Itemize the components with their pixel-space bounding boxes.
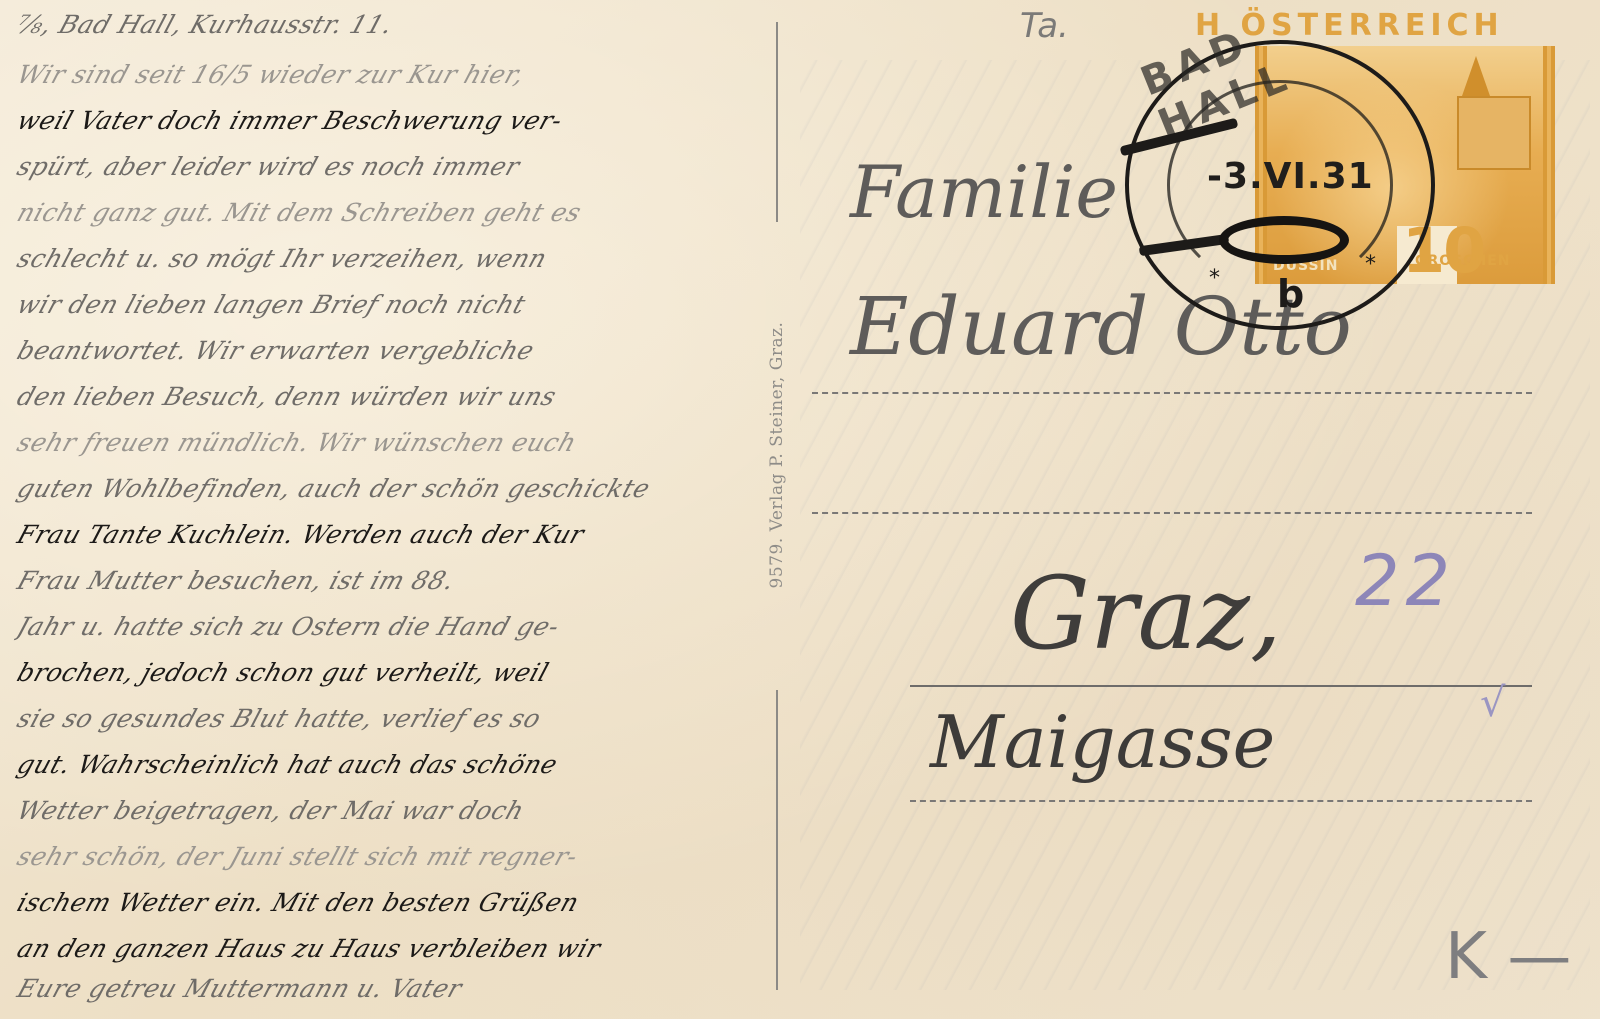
postmark-letter: b <box>1277 272 1304 316</box>
postcard: ⅞, Bad Hall, Kurhausstr. 11. Wir sind se… <box>0 0 1600 1019</box>
message-line: Jahr u. hatte sich zu Ostern die Hand ge… <box>10 612 793 652</box>
message-line: an den ganzen Haus zu Haus verbleiben wi… <box>10 934 793 974</box>
stamp-tower-icon <box>1462 56 1490 96</box>
message-line: wir den lieben langen Brief noch nicht <box>10 290 793 330</box>
pencil-note-top: Ta. <box>1020 6 1069 46</box>
message-line: nicht ganz gut. Mit dem Schreiben geht e… <box>10 198 793 238</box>
message-line: Wir sind seit 16/5 wieder zur Kur hier, <box>10 60 793 100</box>
pencil-note-tick: √ <box>1480 680 1506 726</box>
star-icon: * <box>1365 252 1376 277</box>
message-line: weil Vater doch immer Beschwerung ver- <box>10 106 793 146</box>
message-line: sehr freuen mündlich. Wir wünschen euch <box>10 428 793 468</box>
pencil-note-number: 22 <box>1355 540 1456 622</box>
publisher-imprint: 9579. Verlag P. Steiner, Graz. <box>767 322 787 589</box>
message-heading: ⅞, Bad Hall, Kurhausstr. 11. <box>10 10 793 50</box>
message-line: den lieben Besuch, denn würden wir uns <box>10 382 793 422</box>
address-line-3 <box>910 685 1532 687</box>
divider-line-top <box>776 22 778 222</box>
message-line: Frau Mutter besuchen, ist im 88. <box>10 566 793 606</box>
message-line: beantwortet. Wir erwarten vergebliche <box>10 336 793 376</box>
postmark-oval-icon <box>1219 216 1349 264</box>
star-icon: * <box>1209 266 1220 291</box>
postmark-date: -3.VI.31 <box>1207 156 1374 197</box>
message-line: Frau Tante Kuchlein. Werden auch der Kur <box>10 520 793 560</box>
message-area: ⅞, Bad Hall, Kurhausstr. 11. Wir sind se… <box>10 8 780 1013</box>
message-line: Eure getreu Muttermann u. Vater <box>10 974 793 1014</box>
divider-line-bottom <box>776 690 778 990</box>
message-line: sie so gesundes Blut hatte, verlief es s… <box>10 704 793 744</box>
address-line-2 <box>812 512 1532 514</box>
address-line-1 <box>812 392 1532 394</box>
stamp-currency: GROSCHEN <box>1415 253 1565 269</box>
address-line-4 <box>910 800 1532 802</box>
stamp-building-icon <box>1457 96 1531 170</box>
message-line: sehr schön, der Juni stellt sich mit reg… <box>10 842 793 882</box>
message-line: ischem Wetter ein. Mit den besten Grüßen <box>10 888 793 928</box>
message-line: guten Wohlbefinden, auch der schön gesch… <box>10 474 793 514</box>
message-line: spürt, aber leider wird es noch immer <box>10 152 793 192</box>
address-street: Maigasse <box>930 700 1275 784</box>
message-line: brochen, jedoch schon gut verheilt, weil <box>10 658 793 698</box>
address-salutation: Familie <box>850 150 1118 234</box>
pencil-note-bottom: K — <box>1445 920 1571 994</box>
message-line: schlecht u. so mögt Ihr verzeihen, wenn <box>10 244 793 284</box>
postmark-cancellation: BAD HALL -3.VI.31 * * b <box>1125 40 1435 330</box>
address-city: Graz, <box>1010 555 1282 672</box>
message-line: Wetter beigetragen, der Mai war doch <box>10 796 793 836</box>
message-line: gut. Wahrscheinlich hat auch das schöne <box>10 750 793 790</box>
